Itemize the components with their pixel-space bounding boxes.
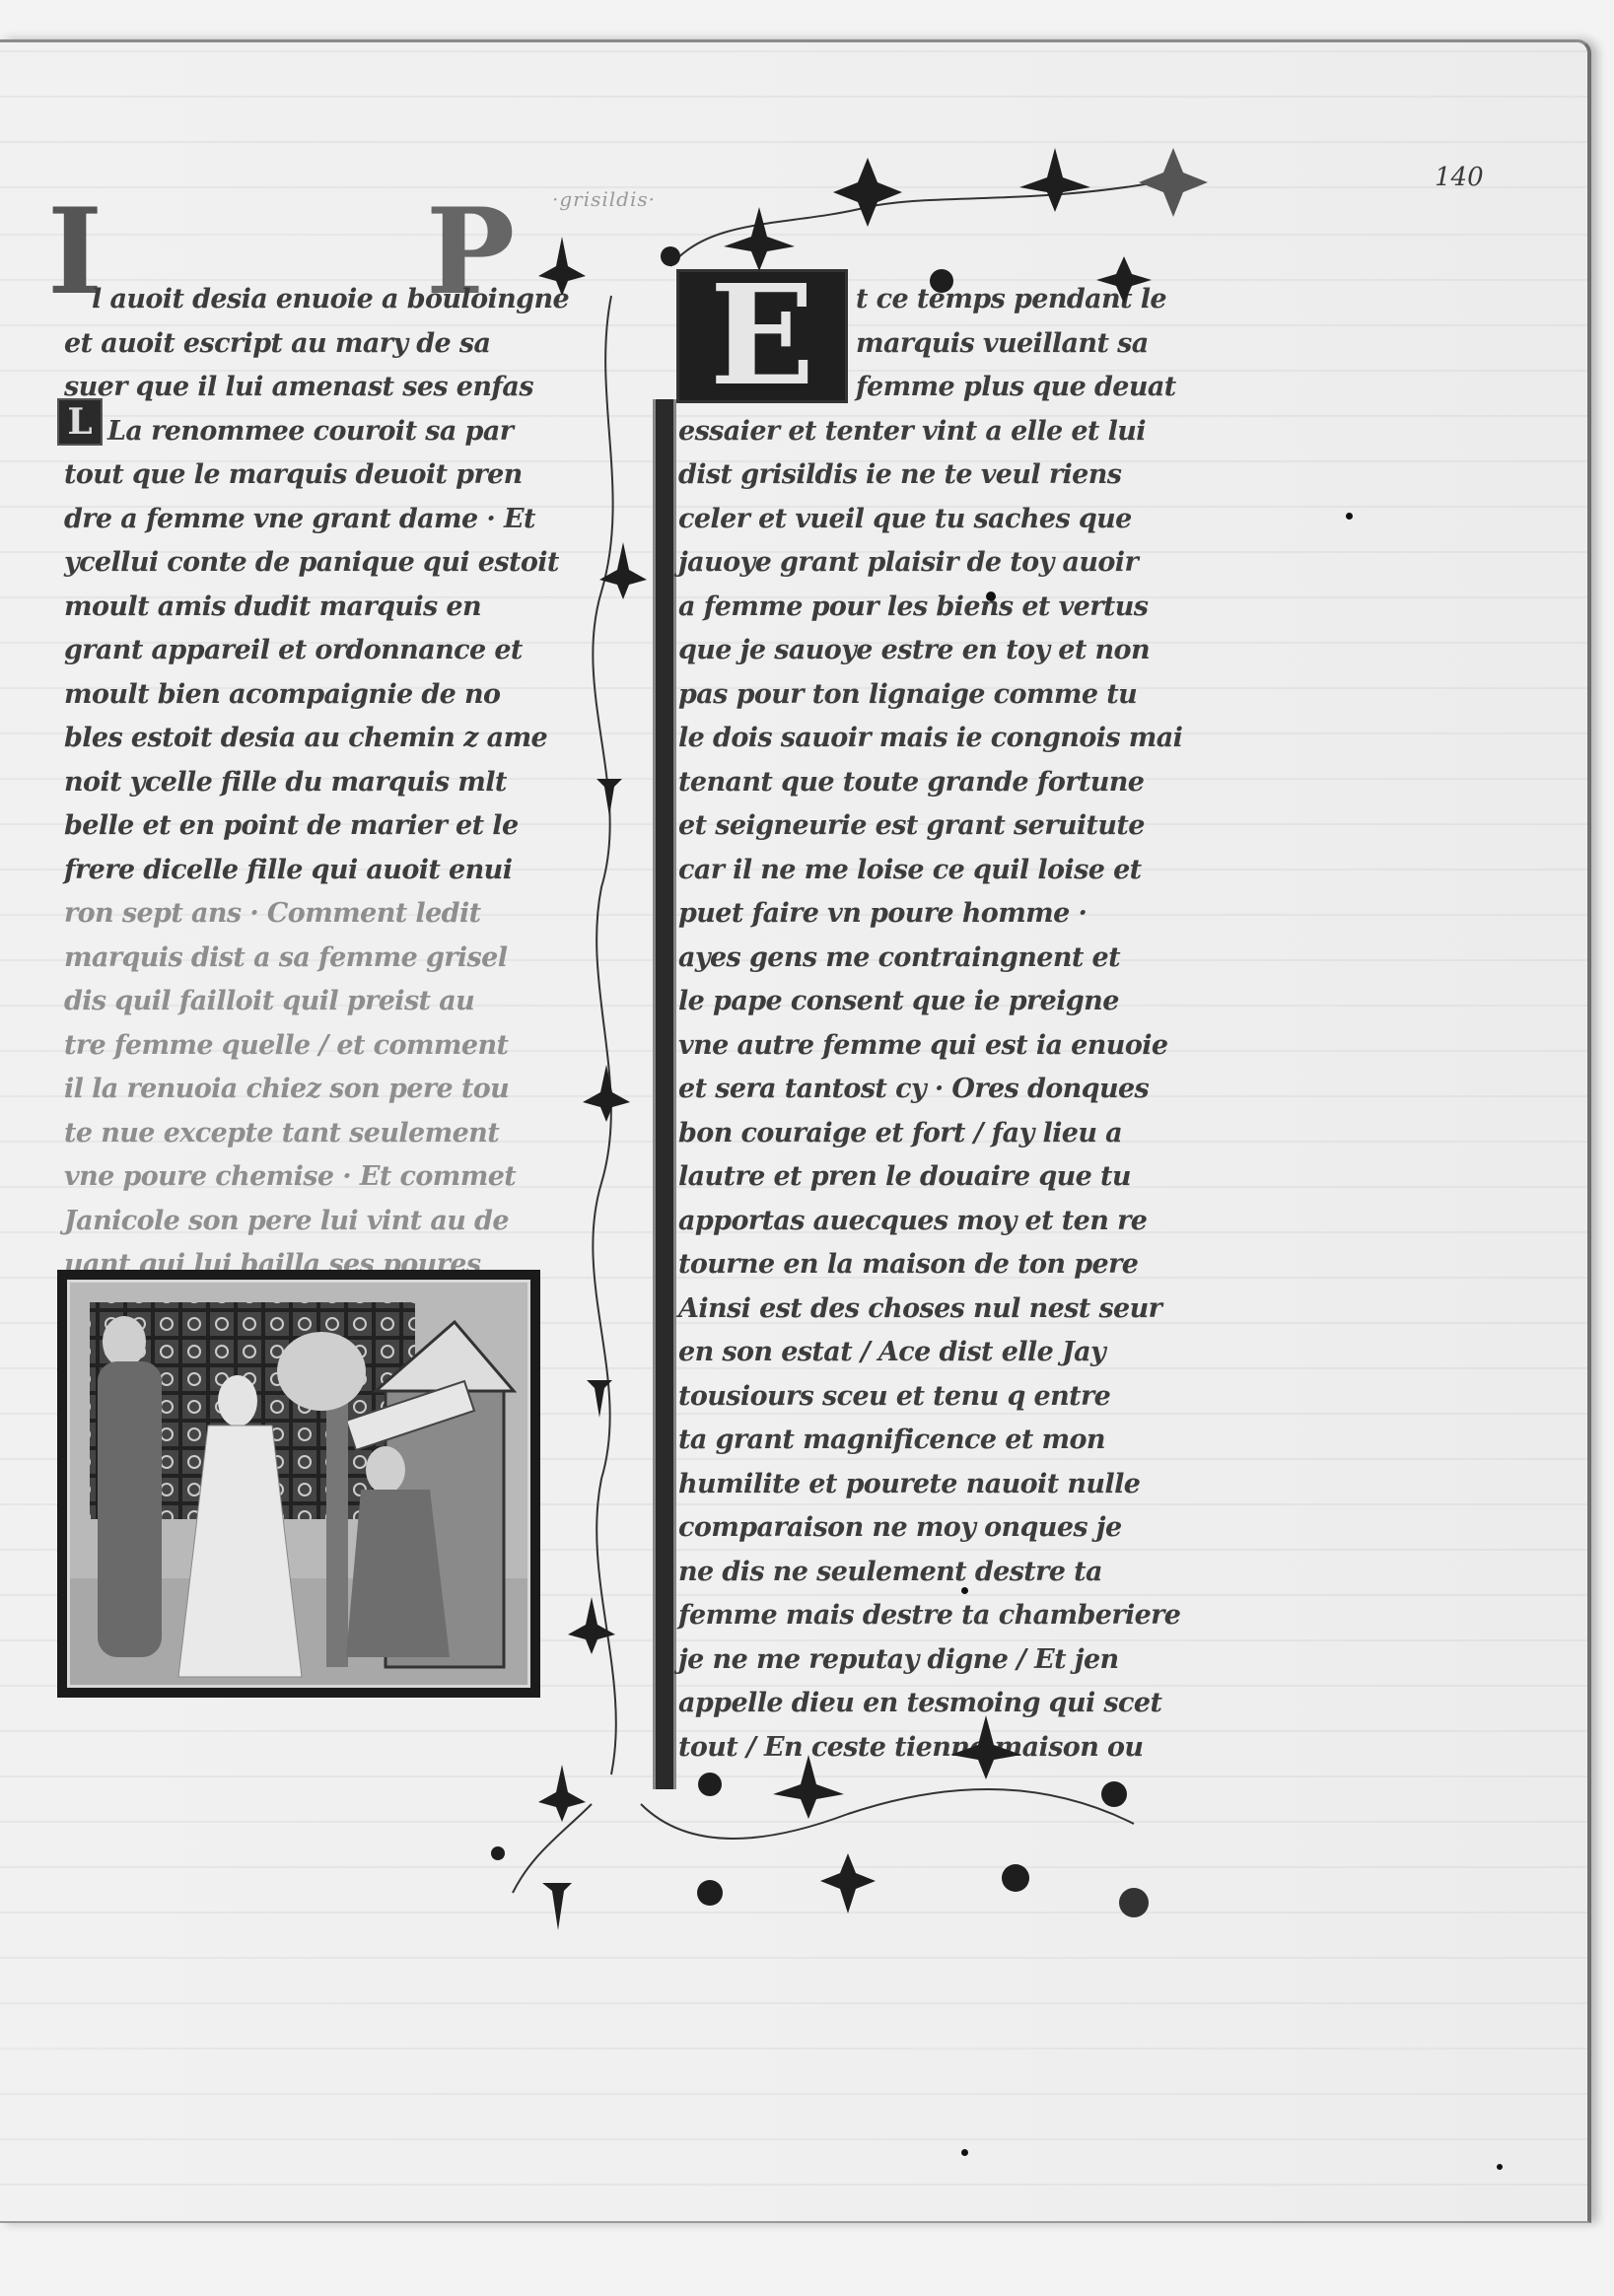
ink-dot [1346,513,1353,520]
ink-dot [986,591,996,601]
ink-dot [961,2149,968,2156]
ink-dot [961,1587,968,1594]
foliage-border-icon [0,0,1614,2296]
ink-dot [1497,2164,1503,2170]
